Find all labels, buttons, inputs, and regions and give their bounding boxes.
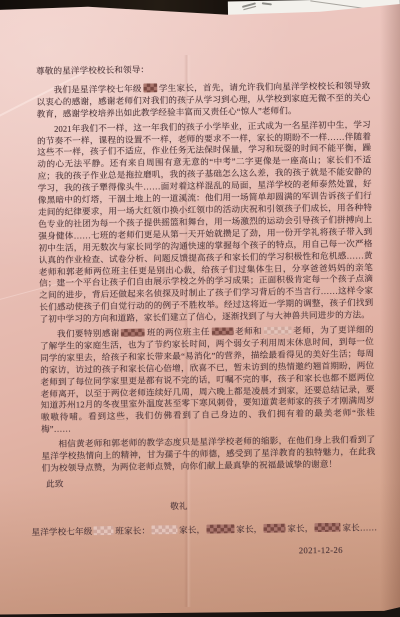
photo-background: 尊敬的星洋学校校长和领导： 我们是星洋学校七年级学生家长，首先，请允许我们向星洋… xyxy=(0,0,400,617)
letter-salutation: 尊敬的星洋学校校长和领导： xyxy=(36,61,370,78)
letter-paragraphs: 我们是星洋学校七年级学生家长，首先，请允许我们向星洋学校校长和领导致以衷心的感谢… xyxy=(36,80,375,475)
redacted-text xyxy=(263,326,291,335)
letter-date: 2021-12-26 xyxy=(43,544,377,561)
redacted-text xyxy=(94,526,114,535)
letter-salute: 敬礼 xyxy=(42,498,376,515)
letter-paragraph: 我们是星洋学校七年级学生家长，首先，请允许我们向星洋学校校长和领导致以衷心的感谢… xyxy=(36,80,370,120)
handwriting-mark xyxy=(262,2,272,5)
redacted-text xyxy=(264,524,286,533)
letter-paragraph: 我们要特别感谢班的两位班主任老师和老师，为了更详细的了解学生的家庭生活，也为了节… xyxy=(40,324,375,436)
redacted-text xyxy=(143,84,157,93)
redacted-text xyxy=(121,328,145,337)
letter-signature: 星洋学校七年级班家长：家长，家长，家长，家长…… xyxy=(31,522,376,539)
redacted-text xyxy=(152,525,178,534)
letter-paragraph: 相信黄老师和郭老师的教学态度只是星洋学校老师的缩影，在他们身上我们看到了星洋学校… xyxy=(41,434,375,474)
letter-content: 尊敬的星洋学校校长和领导： 我们是星洋学校七年级学生家长，首先，请允许我们向星洋… xyxy=(36,61,377,560)
redacted-text xyxy=(207,524,235,533)
redacted-text xyxy=(211,327,233,336)
pink-letter-paper: 尊敬的星洋学校校长和领导： 我们是星洋学校七年级学生家长，首先，请允许我们向星洋… xyxy=(0,0,400,617)
handwriting-mark xyxy=(242,2,256,7)
redacted-text xyxy=(315,523,341,532)
letter-closing: 此致 xyxy=(42,474,376,491)
letter-paragraph: 2021年我们不一样，这一年我们的孩子小学毕业，正式成为一名星洋初中生，学习的节… xyxy=(37,119,374,326)
